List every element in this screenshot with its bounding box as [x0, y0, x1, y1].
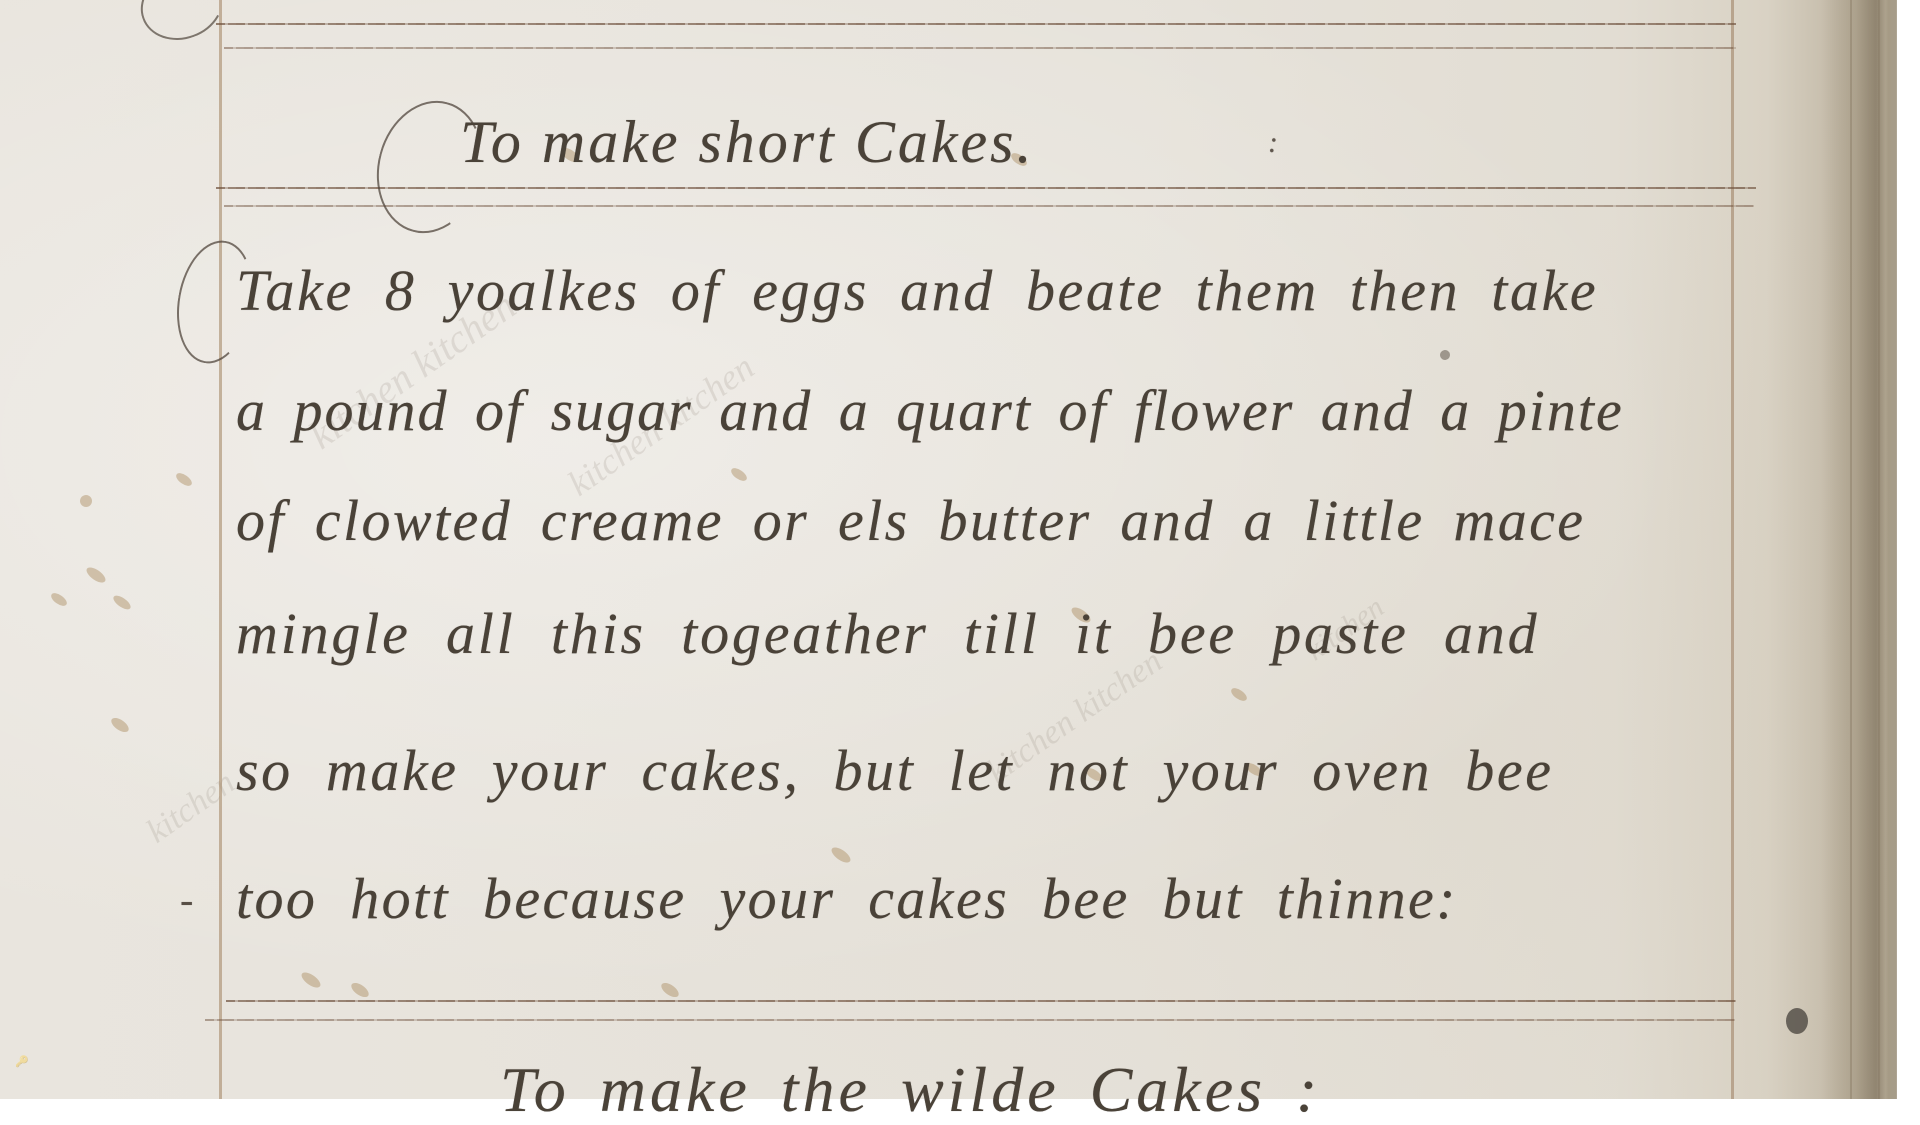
recipe-line-6: too hott because your cakes bee but thin… — [236, 870, 1458, 928]
bottom-rule-1 — [226, 1000, 1736, 1002]
page-edge-shadow — [1820, 0, 1900, 1099]
recipe-line-5: so make your cakes, but let not your ove… — [236, 742, 1554, 800]
page-edge-line — [1878, 0, 1880, 1099]
bottom-rule-2 — [205, 1019, 1735, 1021]
stain-spot — [659, 980, 681, 1000]
next-recipe-heading: To make the wilde Cakes : — [500, 1058, 1321, 1099]
stain-spot — [174, 471, 194, 489]
stain-spot — [78, 493, 95, 510]
top-left-flourish — [131, 0, 234, 51]
recipe-line-3: of clowted creame or els butter and a li… — [236, 492, 1585, 550]
top-rule-1 — [216, 23, 1736, 25]
recipe-title: To make short Cakes. — [460, 112, 1034, 172]
left-margin-rule — [219, 0, 222, 1099]
stain-spot — [729, 466, 749, 484]
title-end-mark: : — [1268, 128, 1278, 158]
manuscript-page: kitchen kitchen kitchen kitchen kitchen … — [0, 0, 1900, 1099]
background-strip — [1897, 0, 1920, 1099]
recipe-line-1: Take 8 yoalkes of eggs and beate them th… — [236, 262, 1598, 320]
stain-spot — [829, 845, 853, 866]
stain-spot — [84, 565, 108, 586]
stain-spot — [111, 593, 133, 612]
top-rule-2 — [224, 47, 1736, 49]
recipe-line-4: mingle all this togeather till it bee pa… — [236, 605, 1539, 663]
bleed-through-text: kitchen — [140, 764, 242, 851]
stain-spot — [1229, 686, 1249, 704]
stain-spot — [109, 715, 131, 735]
stain-spot — [1438, 348, 1452, 362]
page-edge-line — [1850, 0, 1852, 1099]
right-margin-rule — [1731, 0, 1734, 1099]
watermark-logo: 🔑 — [15, 1055, 29, 1068]
stain-spot — [49, 591, 69, 609]
margin-mark: - — [180, 880, 193, 920]
stain-spot — [349, 980, 371, 1000]
ink-blot — [1786, 1008, 1808, 1034]
recipe-line-2: a pound of sugar and a quart of flower a… — [236, 382, 1624, 440]
stain-spot — [299, 970, 323, 991]
